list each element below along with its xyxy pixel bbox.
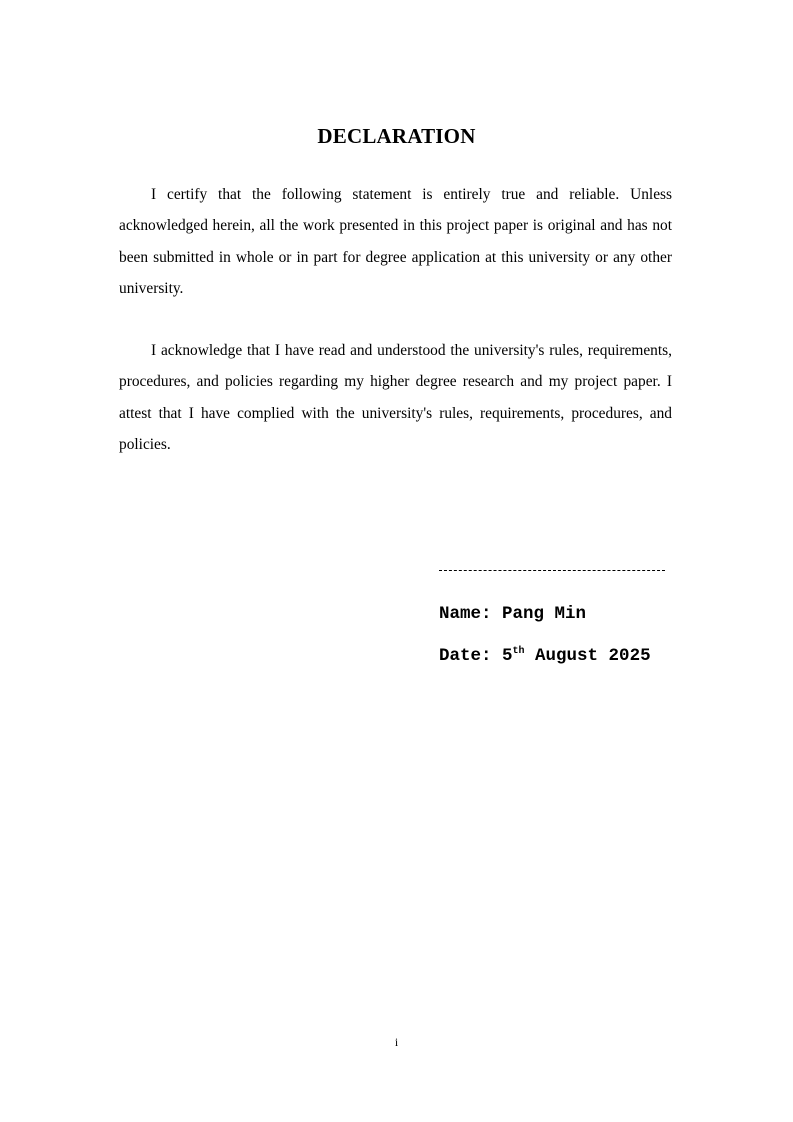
name-label: Name: xyxy=(439,604,502,624)
document-page: DECLARATION I certify that the following… xyxy=(0,0,793,1122)
date-day-suffix: th xyxy=(513,646,525,657)
signature-name: Name: Pang Min xyxy=(439,604,586,624)
page-title: DECLARATION xyxy=(0,124,793,149)
declaration-paragraph-1: I certify that the following statement i… xyxy=(119,179,672,304)
name-value: Pang Min xyxy=(502,604,586,624)
date-rest: August 2025 xyxy=(525,646,651,666)
signature-line xyxy=(439,570,665,571)
page-number: i xyxy=(0,1035,793,1050)
signature-date: Date: 5th August 2025 xyxy=(439,646,651,666)
declaration-paragraph-2: I acknowledge that I have read and under… xyxy=(119,335,672,460)
date-label: Date: xyxy=(439,646,502,666)
date-day: 5 xyxy=(502,646,513,666)
